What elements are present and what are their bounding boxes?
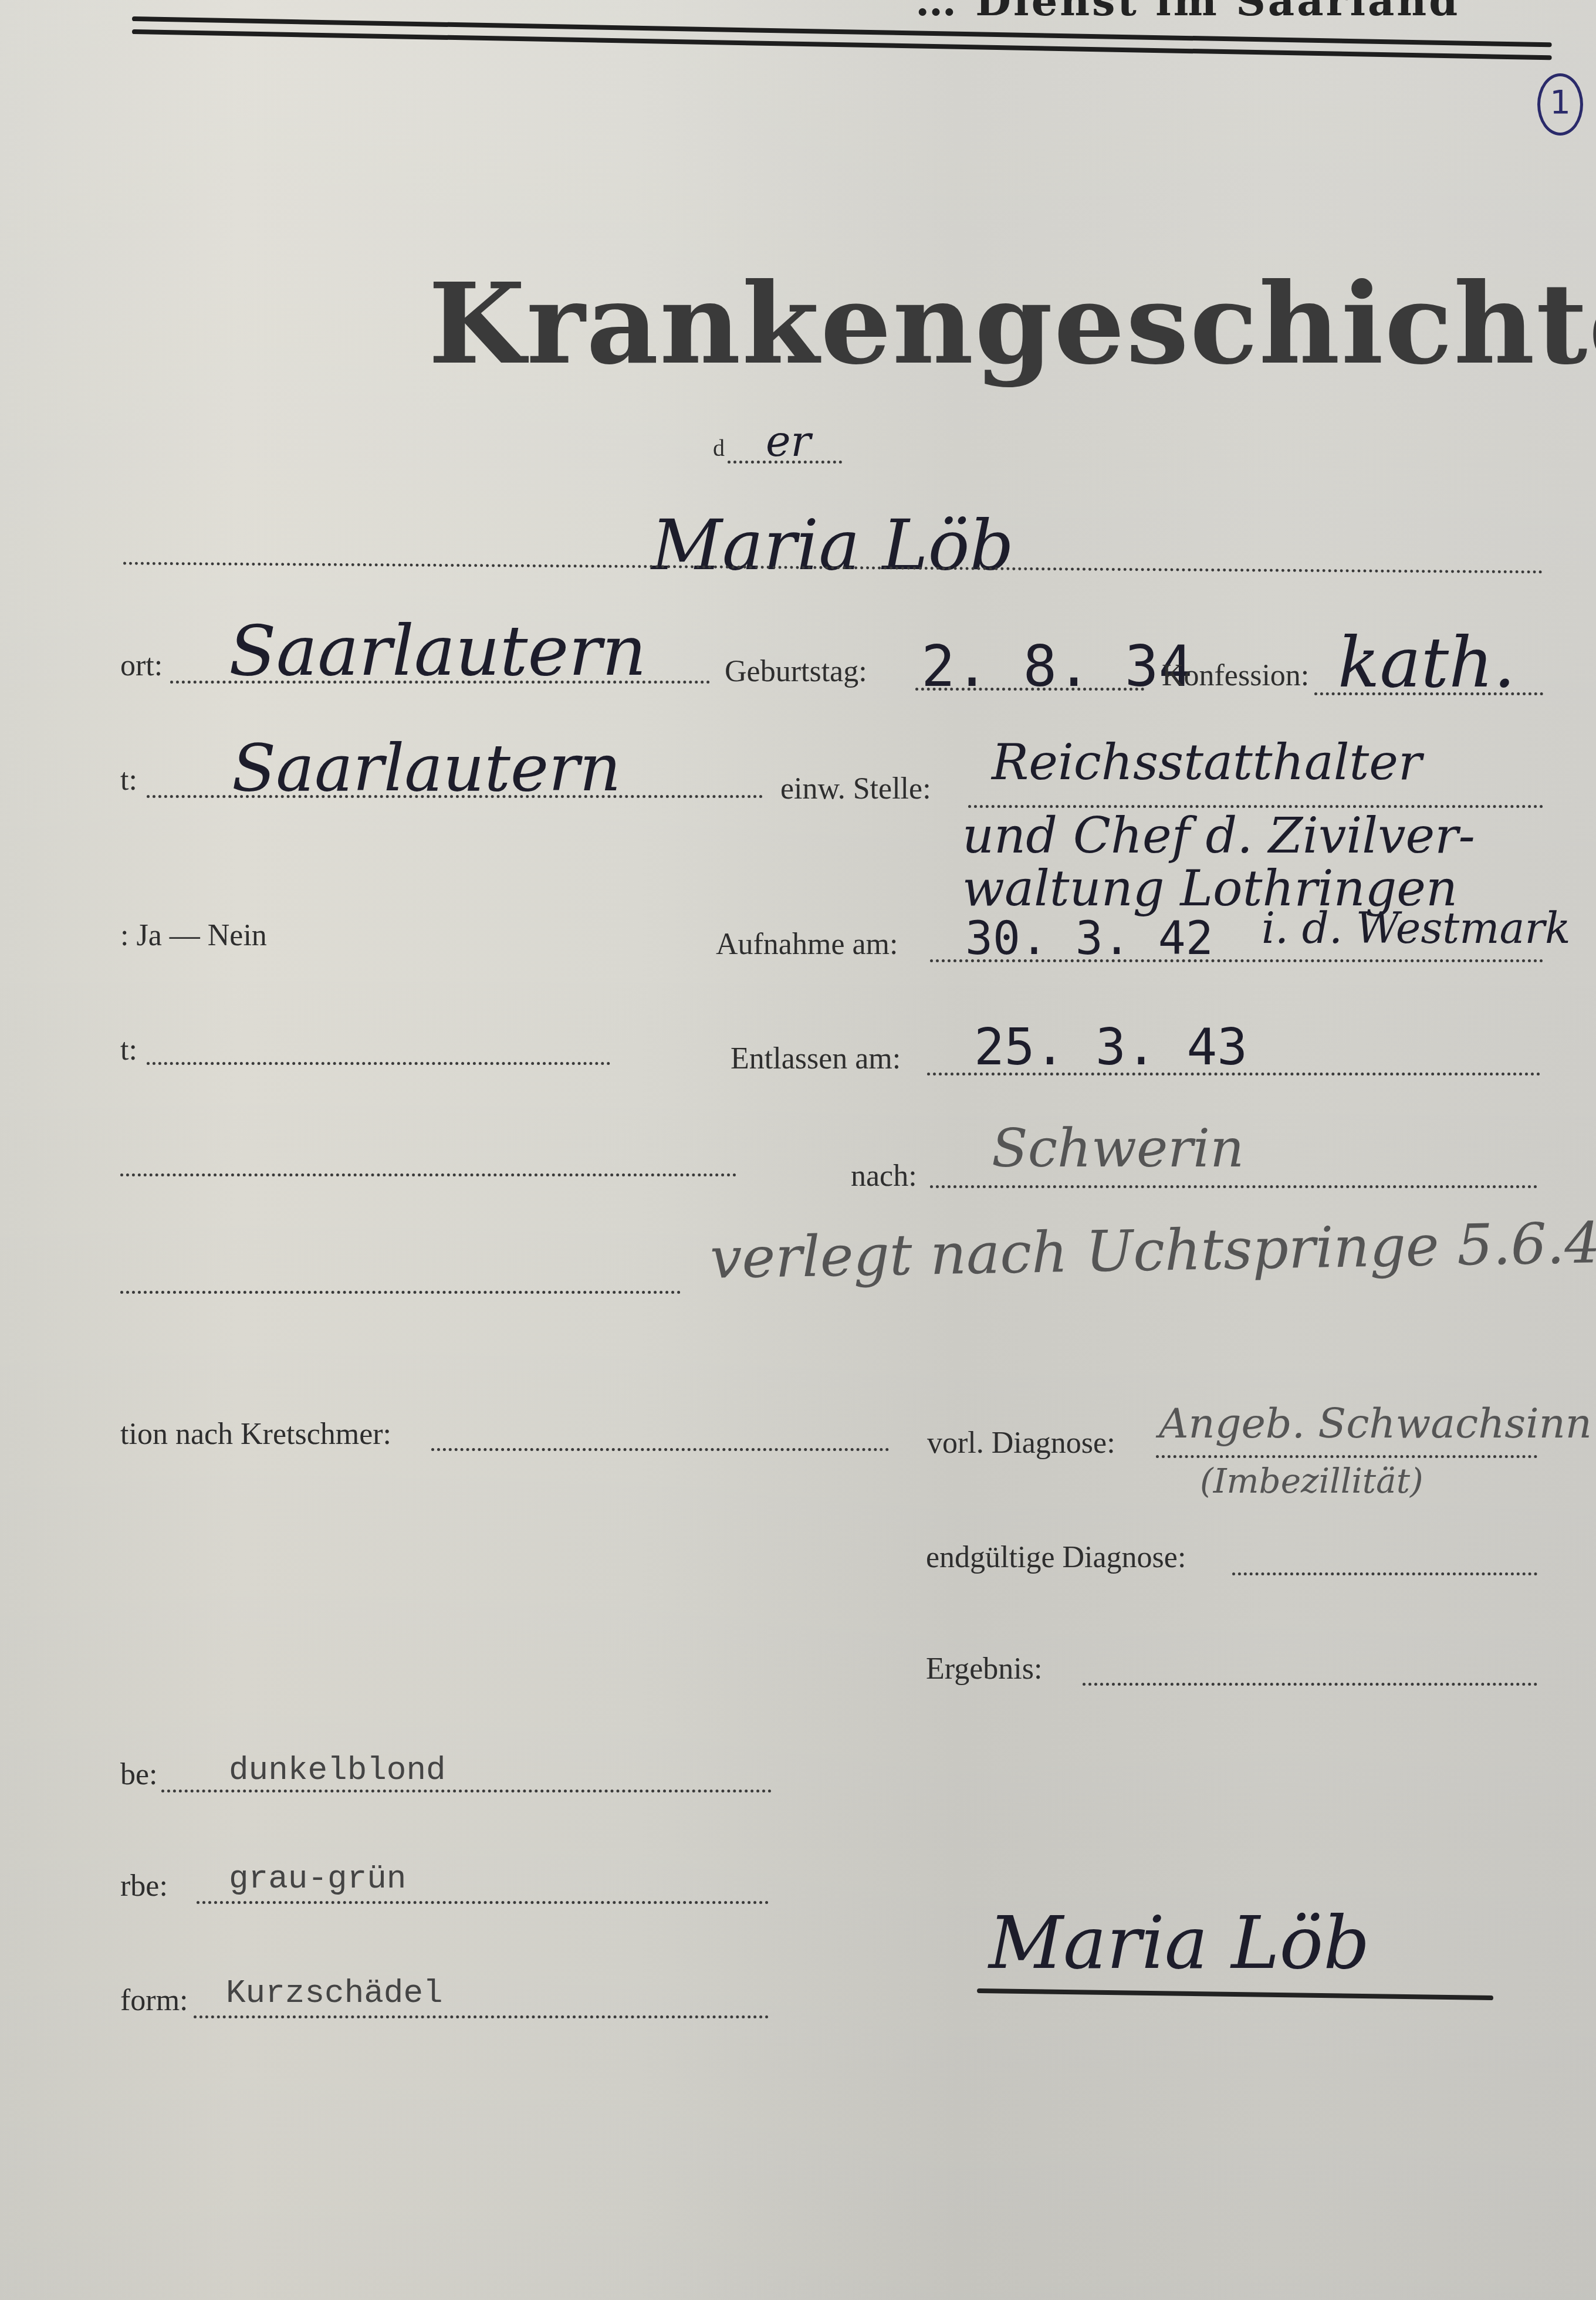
der-handwritten: er — [766, 417, 811, 466]
top-header-cut-text: … Dienst im Saarland — [915, 0, 1460, 25]
einw-stelle-label: einw. Stelle: — [780, 772, 931, 806]
signature-underline — [977, 1988, 1493, 2000]
augenfarbe-label: rbe: — [120, 1869, 168, 1903]
augenfarbe-value[interactable]: grau-grün — [229, 1860, 406, 1898]
nach-label: nach: — [851, 1159, 917, 1193]
schaedelform-line — [194, 2015, 769, 2018]
einw-stelle-line-1[interactable]: Reichsstatthalter — [992, 733, 1422, 791]
kretschmer-line — [431, 1448, 889, 1451]
document-title: Krankengeschichte — [428, 258, 1596, 389]
left-t-label: t: — [120, 1033, 137, 1067]
patient-name[interactable]: Maria Löb — [651, 505, 1014, 586]
ergebnis-label: Ergebnis: — [926, 1652, 1042, 1686]
geburtsort-value[interactable]: Saarlautern — [229, 610, 647, 691]
geburtstag-value[interactable]: 2. 8. 34 — [921, 634, 1192, 699]
pencil-transfer-note[interactable]: verlegt nach Uchtspringe 5.6.43 — [709, 1209, 1596, 1291]
konfession-value[interactable]: kath. — [1338, 622, 1516, 703]
konfession-label: Konfession: — [1162, 658, 1309, 693]
entlassen-label: Entlassen am: — [731, 1041, 901, 1076]
blank-line-1 — [120, 1173, 736, 1176]
einw-stelle-line-4[interactable]: i. d. Westmark — [1262, 904, 1571, 953]
der-prefix: d — [713, 434, 725, 462]
vorl-diagnose-sub[interactable]: (Imbezillität) — [1200, 1461, 1423, 1501]
nach-value[interactable]: Schwerin — [992, 1118, 1244, 1179]
schaedelform-value[interactable]: Kurzschädel — [226, 1974, 443, 2012]
ja-nein-label: : Ja — Nein — [120, 918, 267, 953]
endg-diagnose-label: endgültige Diagnose: — [926, 1540, 1186, 1575]
page-number-circled: 1 — [1537, 73, 1583, 136]
kretschmer-label: tion nach Kretschmer: — [120, 1417, 391, 1452]
aufnahme-value[interactable]: 30. 3. 42 — [965, 912, 1213, 965]
augenfarbe-line — [197, 1901, 769, 1904]
haarfarbe-line — [161, 1790, 772, 1792]
haarfarbe-label: be: — [120, 1757, 158, 1792]
nach-line — [930, 1185, 1537, 1188]
signature[interactable]: Maria Löb — [989, 1901, 1370, 1986]
aufnahme-label: Aufnahme am: — [716, 927, 898, 962]
ergebnis-line — [1083, 1683, 1537, 1686]
entlassen-value[interactable]: 25. 3. 43 — [974, 1018, 1247, 1077]
geburtsort-label: ort: — [120, 648, 163, 683]
blank-line-2 — [120, 1291, 681, 1294]
haarfarbe-value[interactable]: dunkelblond — [229, 1751, 446, 1789]
vorl-diagnose-line — [1156, 1455, 1537, 1458]
vorl-diagnose-value[interactable]: Angeb. Schwachsinn — [1159, 1399, 1592, 1447]
geburtstag-label: Geburtstag: — [725, 654, 867, 689]
schaedelform-label: form: — [120, 1983, 188, 2018]
vorl-diagnose-label: vorl. Diagnose: — [927, 1426, 1115, 1460]
wohnort-value[interactable]: Saarlautern — [232, 730, 621, 806]
wohnort-label: t: — [120, 763, 137, 797]
endg-diagnose-line — [1232, 1572, 1537, 1575]
einw-stelle-line-2[interactable]: und Chef d. Zivilver- — [962, 807, 1475, 864]
left-t-line — [147, 1062, 610, 1065]
